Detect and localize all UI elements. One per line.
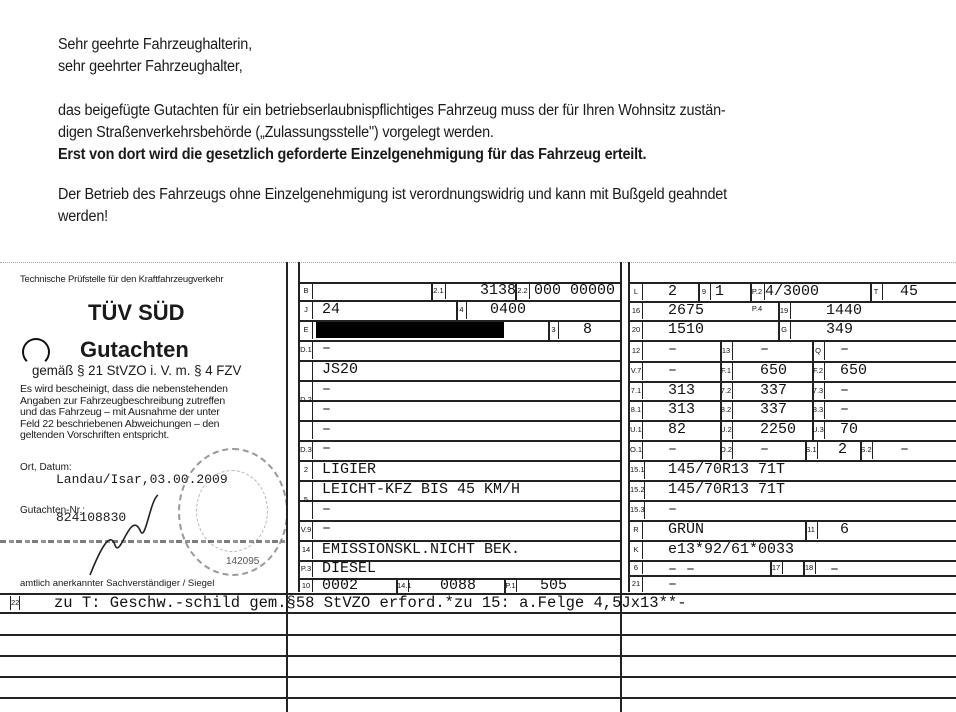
field-value: 1510: [668, 322, 704, 337]
field-label: L: [630, 283, 643, 300]
field-value: 3138: [480, 283, 516, 298]
field-label: 15.2: [630, 481, 645, 499]
field-label: 9: [698, 283, 711, 300]
field-label: 15.3: [630, 501, 645, 519]
rule: [300, 380, 620, 382]
field-label: E: [300, 321, 313, 339]
field-label: 7.1: [630, 382, 643, 399]
field-value: 45: [900, 284, 918, 299]
field-label: D.3: [300, 441, 313, 459]
signature: [80, 490, 170, 580]
certification-line: geltenden Vorschriften entspricht.: [20, 430, 280, 442]
field-value: 313: [668, 383, 695, 398]
field-value: 145/70R13 71T: [668, 462, 785, 477]
field-value: 650: [840, 363, 867, 378]
field-value: 82: [668, 422, 686, 437]
frame-line: [286, 262, 288, 712]
field-value: 000 00000: [534, 283, 615, 298]
field-label: F.2: [812, 362, 825, 380]
field-value: –: [840, 383, 849, 398]
field-label: P.2 P.4: [750, 283, 765, 300]
field-value: 0088: [440, 578, 476, 593]
field-label: B: [300, 283, 313, 299]
field-label: P.1: [505, 579, 517, 592]
field-label: 7.3: [812, 382, 825, 399]
rule: [630, 361, 956, 363]
field-value: –: [668, 363, 677, 378]
field-label: 8.1: [630, 401, 643, 419]
field-label: D.2: [300, 361, 313, 439]
field-label: 2.2: [516, 283, 530, 299]
field-label: R: [630, 521, 643, 539]
field-label: 18: [803, 561, 816, 574]
field-value: –: [322, 382, 331, 397]
field-value: – –: [668, 562, 695, 577]
field-value: –: [760, 442, 769, 457]
field-value: 337: [760, 383, 787, 398]
field-value: –: [668, 342, 677, 357]
field-value: –: [322, 521, 331, 536]
remarks-label: 22: [10, 596, 20, 610]
field-value: 1440: [826, 303, 862, 318]
field-value: –: [668, 577, 677, 592]
field-label: G: [778, 321, 791, 339]
field-value: 2675: [668, 303, 704, 318]
field-label: 2: [300, 461, 313, 479]
field-value: JS20: [322, 362, 358, 377]
field-value: 337: [760, 402, 787, 417]
remarks-text: zu T: Geschw.-schild gem.§58 StVZO erfor…: [54, 594, 687, 612]
field-value: –: [322, 441, 331, 456]
field-value: 0002: [322, 578, 358, 593]
field-label: P.3: [300, 561, 313, 577]
field-label: 4: [457, 301, 467, 319]
field-label: 8.2: [720, 401, 733, 419]
org-name: TÜV SÜD: [88, 300, 185, 326]
field-label: 16: [630, 302, 643, 319]
field-label: 14: [300, 541, 313, 559]
field-label: F.1: [720, 362, 733, 380]
field-value: LEICHT-KFZ BIS 45 KM/H: [322, 482, 520, 497]
document-title: Gutachten: [80, 337, 189, 363]
field-label: D.1: [300, 341, 313, 359]
rule: [0, 634, 956, 636]
field-value: –: [830, 562, 839, 577]
field-value: EMISSIONSKL.NICHT BEK.: [322, 542, 520, 557]
field-value: e13*92/61*0033: [668, 542, 794, 557]
field-label: 5: [300, 481, 313, 519]
field-label: 6: [630, 561, 643, 574]
paragraph-1-bold: Erst von dort wird die gesetzlich geford…: [58, 146, 646, 164]
paragraph-2-line-2: werden!: [58, 208, 108, 226]
rule: [630, 593, 956, 595]
field-label: 17: [770, 561, 783, 574]
rule: [0, 697, 956, 699]
certification-line: Es wird bescheinigt, dass die nebenstehe…: [20, 384, 280, 396]
rule: [0, 612, 956, 614]
rule: [300, 400, 620, 402]
salutation-line-2: sehr geehrter Fahrzeughalter,: [58, 58, 243, 76]
legal-basis: gemäß § 21 StVZO i. V. m. § 4 FZV: [32, 362, 241, 378]
rule: [0, 676, 956, 678]
paragraph-1-line-2: digen Straßenverkehrsbehörde („Zulassung…: [58, 124, 494, 142]
rule: [300, 520, 620, 522]
field-value: 505: [540, 578, 567, 593]
paragraph-2-line-1: Der Betrieb des Fahrzeugs ohne Einzelgen…: [58, 186, 727, 204]
field-value: 2: [668, 284, 677, 299]
field-label: 7.2: [720, 382, 733, 399]
field-label: U.1: [630, 421, 643, 439]
field-value: 0400: [490, 302, 526, 317]
salutation-line-1: Sehr geehrte Fahrzeughalterin,: [58, 36, 252, 54]
field-label: Q: [812, 341, 825, 360]
field-label: 8.3: [812, 401, 825, 419]
rule: [0, 655, 956, 657]
rule: [300, 340, 620, 342]
field-label: K: [630, 541, 643, 559]
field-label: V.7: [630, 362, 643, 380]
field-label: U.2: [720, 421, 733, 439]
field-value: 70: [840, 422, 858, 437]
field-value: DIESEL: [322, 561, 376, 576]
field-label: 15.1: [630, 461, 645, 479]
field-value: 349: [826, 322, 853, 337]
field-label: 10: [300, 579, 313, 592]
page-separator: [0, 262, 956, 263]
field-value: –: [322, 341, 331, 356]
field-value: –: [322, 422, 331, 437]
paragraph-1-line-1: das beigefügte Gutachten für ein betrieb…: [58, 102, 726, 120]
redacted-field: [316, 322, 504, 338]
field-label: 19: [778, 302, 791, 319]
rule: [300, 420, 620, 422]
field-label: T: [870, 283, 883, 300]
field-label: J: [300, 301, 313, 319]
field-label: 20: [630, 321, 643, 339]
field-label: 11: [805, 521, 818, 539]
field-value: 650: [760, 363, 787, 378]
field-label: V.9: [300, 521, 313, 539]
authority-name: Technische Prüfstelle für den Kraftfahrz…: [20, 274, 223, 285]
field-label: 12: [630, 341, 643, 360]
field-value: –: [840, 402, 849, 417]
field-label: S.2: [860, 441, 873, 459]
field-label: O.1: [630, 441, 643, 459]
field-label: U.3: [812, 421, 825, 439]
stamp-number: 142095: [226, 556, 259, 567]
field-value: 6: [840, 522, 849, 537]
rule: [300, 500, 620, 502]
field-value: –: [840, 342, 849, 357]
field-value: GRÜN: [668, 522, 704, 537]
field-value: 2250: [760, 422, 796, 437]
field-label: O.2: [720, 441, 733, 459]
field-value: 2: [838, 442, 847, 457]
field-value: LIGIER: [322, 462, 376, 477]
field-value: –: [322, 402, 331, 417]
field-value: 313: [668, 402, 695, 417]
field-label: 21: [630, 576, 643, 592]
field-value: 8: [583, 322, 592, 337]
field-value: –: [668, 502, 677, 517]
field-value: 4/3000: [765, 284, 819, 299]
rule: [630, 500, 956, 502]
field-value: –: [900, 442, 909, 457]
field-label: 2.1: [432, 283, 446, 299]
rule: [300, 440, 620, 442]
field-value: –: [760, 342, 769, 357]
field-label: 14.1: [397, 579, 409, 592]
frame-line: [620, 262, 622, 712]
field-label: 3: [549, 321, 559, 339]
field-value: 24: [322, 302, 340, 317]
field-value: –: [668, 442, 677, 457]
signature-label: amtlich anerkannter Sachverständiger / S…: [20, 578, 214, 589]
rule: [630, 340, 956, 342]
field-value: –: [322, 502, 331, 517]
field-label: 13: [720, 341, 733, 360]
certification-text: Es wird bescheinigt, dass die nebenstehe…: [20, 384, 280, 442]
field-value: 1: [715, 284, 724, 299]
field-label: S.1: [805, 441, 818, 459]
field-value: 145/70R13 71T: [668, 482, 785, 497]
